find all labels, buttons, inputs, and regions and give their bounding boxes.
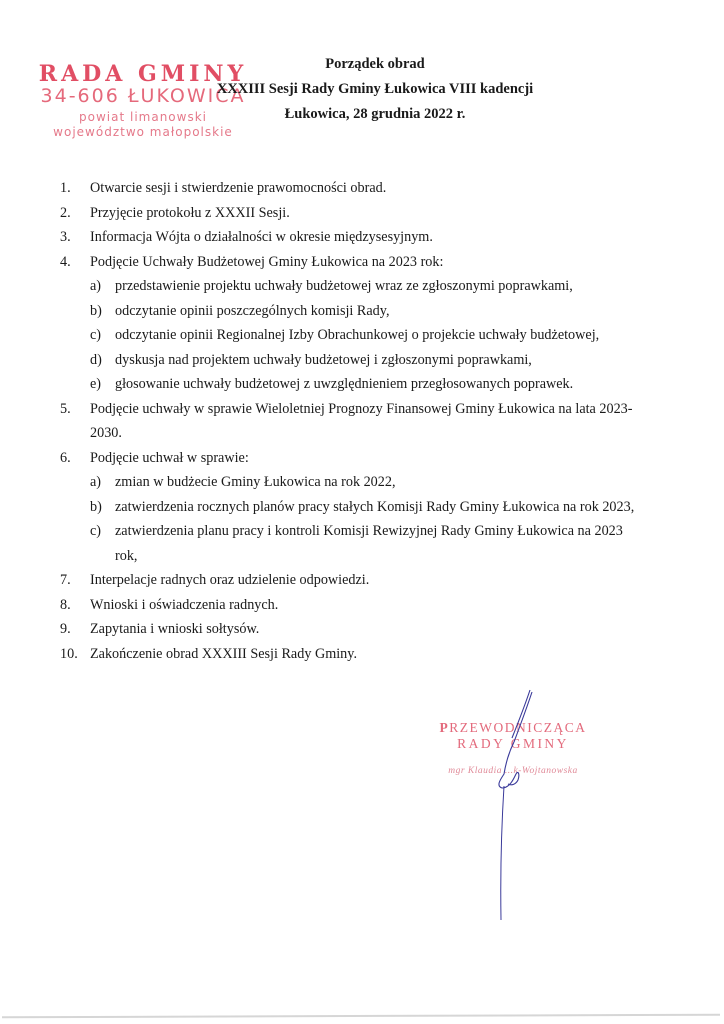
agenda-subitem: a)zmian w budżecie Gminy Łukowica na rok… xyxy=(60,470,680,495)
item-text: zatwierdzenia rocznych planów pracy stał… xyxy=(115,495,634,520)
item-text: Podjęcie uchwały w sprawie Wieloletniej … xyxy=(90,397,633,422)
item-number: 4. xyxy=(60,250,90,275)
item-number: b) xyxy=(90,495,115,520)
item-number: a) xyxy=(90,470,115,495)
agenda-item: 4.Podjęcie Uchwały Budżetowej Gminy Łuko… xyxy=(60,250,680,275)
item-text: Zakończenie obrad XXXIII Sesji Rady Gmin… xyxy=(90,642,357,667)
agenda-item: 6.Podjęcie uchwał w sprawie: xyxy=(60,446,680,471)
item-text: rok, xyxy=(115,544,137,569)
item-number: d) xyxy=(90,348,115,373)
item-text: odczytanie opinii poszczególnych komisji… xyxy=(115,299,390,324)
item-number: c) xyxy=(90,323,115,348)
agenda-item: 5.Podjęcie uchwały w sprawie Wieloletnie… xyxy=(60,397,680,422)
agenda-subitem-continuation: rok, xyxy=(60,544,680,569)
agenda-subitem: c)odczytanie opinii Regionalnej Izby Obr… xyxy=(60,323,680,348)
item-text: dyskusja nad projektem uchwały budżetowe… xyxy=(115,348,532,373)
item-number: a) xyxy=(90,274,115,299)
document-subtitle: XXXIII Sesji Rady Gminy Łukowica VIII ka… xyxy=(200,77,550,102)
handwritten-signature-icon xyxy=(480,688,550,924)
item-text: Podjęcie Uchwały Budżetowej Gminy Łukowi… xyxy=(90,250,443,275)
item-text: Przyjęcie protokołu z XXXII Sesji. xyxy=(90,201,290,226)
item-text: przedstawienie projektu uchwały budżetow… xyxy=(115,274,573,299)
document-title: Porządek obrad xyxy=(200,52,550,77)
item-text: głosowanie uchwały budżetowej z uwzględn… xyxy=(115,372,573,397)
item-text: Otwarcie sesji i stwierdzenie prawomocno… xyxy=(90,176,386,201)
stamp-title-initial: P xyxy=(440,720,450,735)
agenda-subitem: d)dyskusja nad projektem uchwały budżeto… xyxy=(60,348,680,373)
agenda-item: 7.Interpelacje radnych oraz udzielenie o… xyxy=(60,568,680,593)
item-number: 7. xyxy=(60,568,90,593)
item-number: 8. xyxy=(60,593,90,618)
item-number: 2. xyxy=(60,201,90,226)
agenda-subitem: c)zatwierdzenia planu pracy i kontroli K… xyxy=(60,519,680,544)
agenda-item: 1.Otwarcie sesji i stwierdzenie prawomoc… xyxy=(60,176,680,201)
agenda-subitem: a)przedstawienie projektu uchwały budżet… xyxy=(60,274,680,299)
agenda-item-continuation: 2030. xyxy=(60,421,680,446)
item-text: 2030. xyxy=(90,421,122,446)
document-header: Porządek obrad XXXIII Sesji Rady Gminy Ł… xyxy=(200,52,550,127)
agenda-item: 8.Wnioski i oświadczenia radnych. xyxy=(60,593,680,618)
item-number: 5. xyxy=(60,397,90,422)
item-number: 9. xyxy=(60,617,90,642)
agenda-subitem: e)głosowanie uchwały budżetowej z uwzglę… xyxy=(60,372,680,397)
item-number: 6. xyxy=(60,446,90,471)
item-text: Wnioski i oświadczenia radnych. xyxy=(90,593,278,618)
item-text: zatwierdzenia planu pracy i kontroli Kom… xyxy=(115,519,623,544)
item-text: Podjęcie uchwał w sprawie: xyxy=(90,446,249,471)
item-text: Informacja Wójta o działalności w okresi… xyxy=(90,225,433,250)
item-number: c) xyxy=(90,519,115,544)
item-text: odczytanie opinii Regionalnej Izby Obrac… xyxy=(115,323,599,348)
document-place-date: Łukowica, 28 grudnia 2022 r. xyxy=(200,102,550,127)
item-number: 3. xyxy=(60,225,90,250)
item-text: Zapytania i wnioski sołtysów. xyxy=(90,617,259,642)
item-number: b) xyxy=(90,299,115,324)
agenda-item: 3.Informacja Wójta o działalności w okre… xyxy=(60,225,680,250)
item-number: e) xyxy=(90,372,115,397)
agenda-subitem: b)odczytanie opinii poszczególnych komis… xyxy=(60,299,680,324)
item-text: zmian w budżecie Gminy Łukowica na rok 2… xyxy=(115,470,396,495)
agenda-list: 1.Otwarcie sesji i stwierdzenie prawomoc… xyxy=(60,176,680,666)
stamp-line-voivodeship: województwo małopolskie xyxy=(28,125,258,140)
item-number: 1. xyxy=(60,176,90,201)
agenda-item: 9.Zapytania i wnioski sołtysów. xyxy=(60,617,680,642)
agenda-item: 10.Zakończenie obrad XXXIII Sesji Rady G… xyxy=(60,642,680,667)
scan-edge-line xyxy=(2,1014,720,1019)
agenda-subitem: b)zatwierdzenia rocznych planów pracy st… xyxy=(60,495,680,520)
agenda-item: 2.Przyjęcie protokołu z XXXII Sesji. xyxy=(60,201,680,226)
item-text: Interpelacje radnych oraz udzielenie odp… xyxy=(90,568,369,593)
item-number: 10. xyxy=(60,642,90,667)
